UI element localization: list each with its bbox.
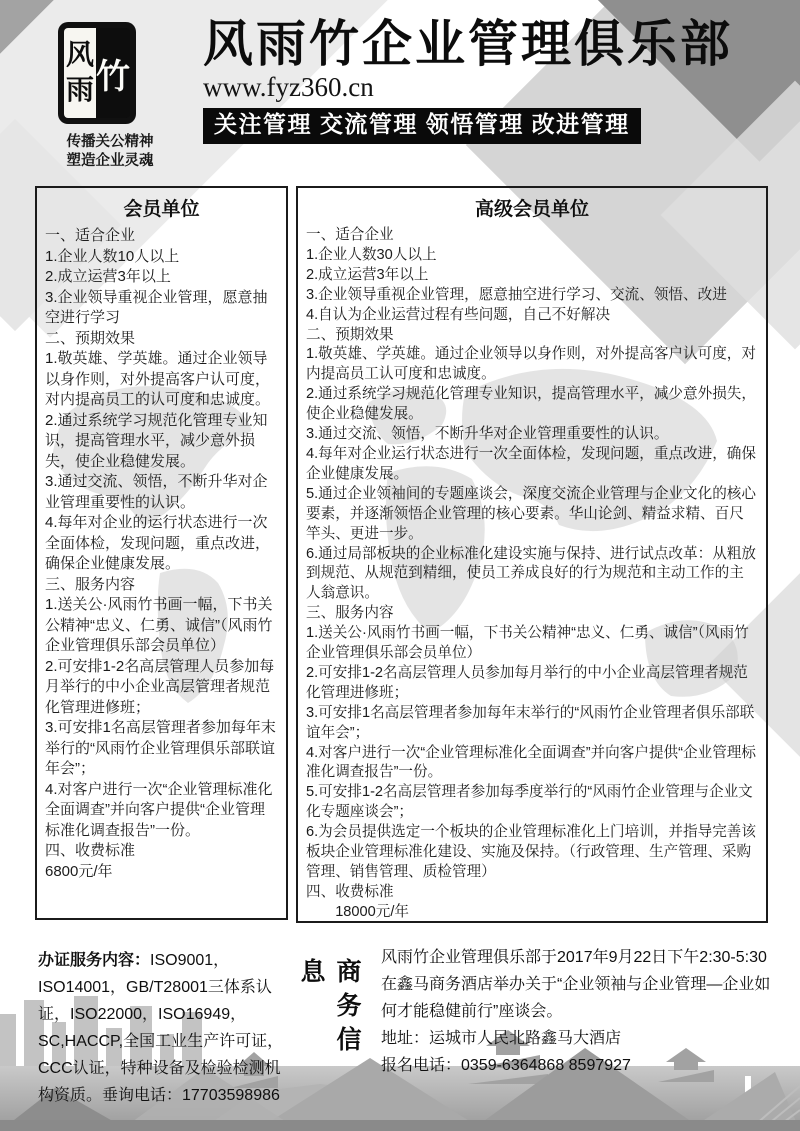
paragraph: 3.可安排1名高层管理者参加每年末举行的“风雨竹企业管理俱乐部联谊年会”； xyxy=(45,718,278,780)
page-title: 风雨竹企业管理俱乐部 xyxy=(203,16,793,72)
paragraph: 4.每年对企业运行状态进行一次全面体检，发现问题，重点改进，确保企业健康发展。 xyxy=(306,445,758,485)
business-info-section: 商务信息 风雨竹企业管理俱乐部于2017年9月22日下午2:30-5:30在鑫马… xyxy=(293,944,771,1084)
paragraph: 5.可安排1-2名高层管理者参加每季度举行的“风雨竹企业管理与企业文化专题座谈会… xyxy=(306,783,758,823)
registration-phone: 报名电话：0359-6364868 8597927 xyxy=(381,1052,771,1079)
paragraph: 一、适合企业 xyxy=(306,226,758,246)
paragraph: 三、服务内容 xyxy=(45,575,278,596)
website-url: www.fyz360.cn xyxy=(203,73,793,103)
event-announcement: 风雨竹企业管理俱乐部于2017年9月22日下午2:30-5:30在鑫马商务酒店举… xyxy=(381,944,771,1025)
paragraph: 3.通过交流、领悟，不断升华对企业管理重要性的认识。 xyxy=(45,472,278,513)
paragraph: 6.为会员提供选定一个板块的企业管理标准化上门培训，并指导完善该板块企业管理标准… xyxy=(306,823,758,883)
business-info-label: 商务信息 xyxy=(293,958,365,1084)
paragraph: 2.可安排1-2名高层管理人员参加每月举行的中小企业高层管理者规范化管理进修班； xyxy=(45,657,278,719)
seal-right-character: 竹 xyxy=(96,28,130,118)
paragraph: 4.自认为企业运营过程有些问题，自己不好解决 xyxy=(306,306,758,326)
membership-columns: 会员单位 一、适合企业1.企业人数10人以上2.成立运营3年以上3.企业领导重视… xyxy=(35,186,768,923)
senior-box-title: 高级会员单位 xyxy=(306,194,758,221)
paragraph: 四、收费标准 xyxy=(306,883,758,903)
paragraph: 一、适合企业 xyxy=(45,226,278,247)
paragraph: 5.通过企业领袖间的专题座谈会，深度交流企业管理与企业文化的核心要素，并逐渐领悟… xyxy=(306,485,758,545)
senior-member-box: 高级会员单位 一、适合企业1.企业人数30人以上2.成立运营3年以上3.企业领导… xyxy=(296,186,768,923)
paragraph: 2.成立运营3年以上 xyxy=(306,266,758,286)
business-info-text: 风雨竹企业管理俱乐部于2017年9月22日下午2:30-5:30在鑫马商务酒店举… xyxy=(381,944,771,1084)
paragraph: 1.敬英雄、学英雄。通过企业领导以身作则，对外提高客户认可度，对内提高员工认可度… xyxy=(306,345,758,385)
slogan-banner: 关注管理 交流管理 领悟管理 改进管理 xyxy=(203,108,641,144)
paragraph: 2.可安排1-2名高层管理人员参加每月举行的中小企业高层管理者规范化管理进修班； xyxy=(306,664,758,704)
senior-box-body: 一、适合企业1.企业人数30人以上2.成立运营3年以上3.企业领导重视企业管理，… xyxy=(306,226,758,923)
paragraph: 1.企业人数10人以上 xyxy=(45,247,278,268)
paragraph: 6800元/年 xyxy=(45,862,278,883)
paragraph: 1.送关公·风雨竹书画一幅，下书关公精神“忠义、仁勇、诚信”（风雨竹企业管理俱乐… xyxy=(306,624,758,664)
paragraph: 3.通过交流、领悟，不断升华对企业管理重要性的认识。 xyxy=(306,425,758,445)
paragraph: 二、预期效果 xyxy=(306,326,758,346)
paragraph: 3.企业领导重视企业管理，愿意抽空进行学习 xyxy=(45,288,278,329)
paragraph: 2.成立运营3年以上 xyxy=(45,267,278,288)
paragraph: 2.通过系统学习规范化管理专业知识，提高管理水平，减少意外损失，使企业稳健发展。 xyxy=(306,385,758,425)
logo-tagline: 传播关公精神 塑造企业灵魂 xyxy=(30,133,190,171)
paragraph: 1.企业人数30人以上 xyxy=(306,246,758,266)
member-box: 会员单位 一、适合企业1.企业人数10人以上2.成立运营3年以上3.企业领导重视… xyxy=(35,186,288,920)
certification-text: ISO9001，ISO14001，GB/T28001三体系认证，ISO22000… xyxy=(38,952,283,1104)
certification-services: 办证服务内容：ISO9001，ISO14001，GB/T28001三体系认证，I… xyxy=(38,947,294,1109)
certification-label: 办证服务内容： xyxy=(38,952,150,969)
event-address: 地址：运城市人民北路鑫马大酒店 xyxy=(381,1025,771,1052)
paragraph: 4.对客户进行一次“企业管理标准化全面调查”并向客户提供“企业管理标准化调查报告… xyxy=(306,744,758,784)
paragraph: 3.可安排1名高层管理者参加每年末举行的“风雨竹企业管理者俱乐部联谊年会”； xyxy=(306,704,758,744)
member-box-title: 会员单位 xyxy=(45,194,278,221)
member-box-body: 一、适合企业1.企业人数10人以上2.成立运营3年以上3.企业领导重视企业管理，… xyxy=(45,226,278,882)
paragraph: 18000元/年 xyxy=(306,903,758,923)
bg-corner-diamond xyxy=(0,0,54,54)
paragraph: 二、预期效果 xyxy=(45,329,278,350)
paragraph: 2.通过系统学习规范化管理专业知识，提高管理水平，减少意外损失，使企业稳健发展。 xyxy=(45,411,278,473)
paragraph: 1.送关公·风雨竹书画一幅，下书关公精神“忠义、仁勇、诚信”（风雨竹企业管理俱乐… xyxy=(45,595,278,657)
paragraph: 1.敬英雄、学英雄。通过企业领导以身作则，对外提高客户认可度，对内提高员工的认可… xyxy=(45,349,278,411)
paragraph: 4.每年对企业的运行状态进行一次全面体检，发现问题，重点改进，确保企业健康发展。 xyxy=(45,513,278,575)
paragraph: 四、收费标准 xyxy=(45,841,278,862)
paragraph: 4.对客户进行一次“企业管理标准化全面调查”并向客户提供“企业管理标准化调查报告… xyxy=(45,780,278,842)
paragraph: 3.企业领导重视企业管理，愿意抽空进行学习、交流、领悟、改进 xyxy=(306,286,758,306)
seal-left-characters: 风 雨 xyxy=(64,28,96,118)
club-logo-seal: 风 雨 竹 xyxy=(58,22,136,124)
paragraph: 三、服务内容 xyxy=(306,604,758,624)
paragraph: 6.通过局部板块的企业标准化建设实施与保持、进行试点改革：从粗放到规范、从规范到… xyxy=(306,545,758,605)
